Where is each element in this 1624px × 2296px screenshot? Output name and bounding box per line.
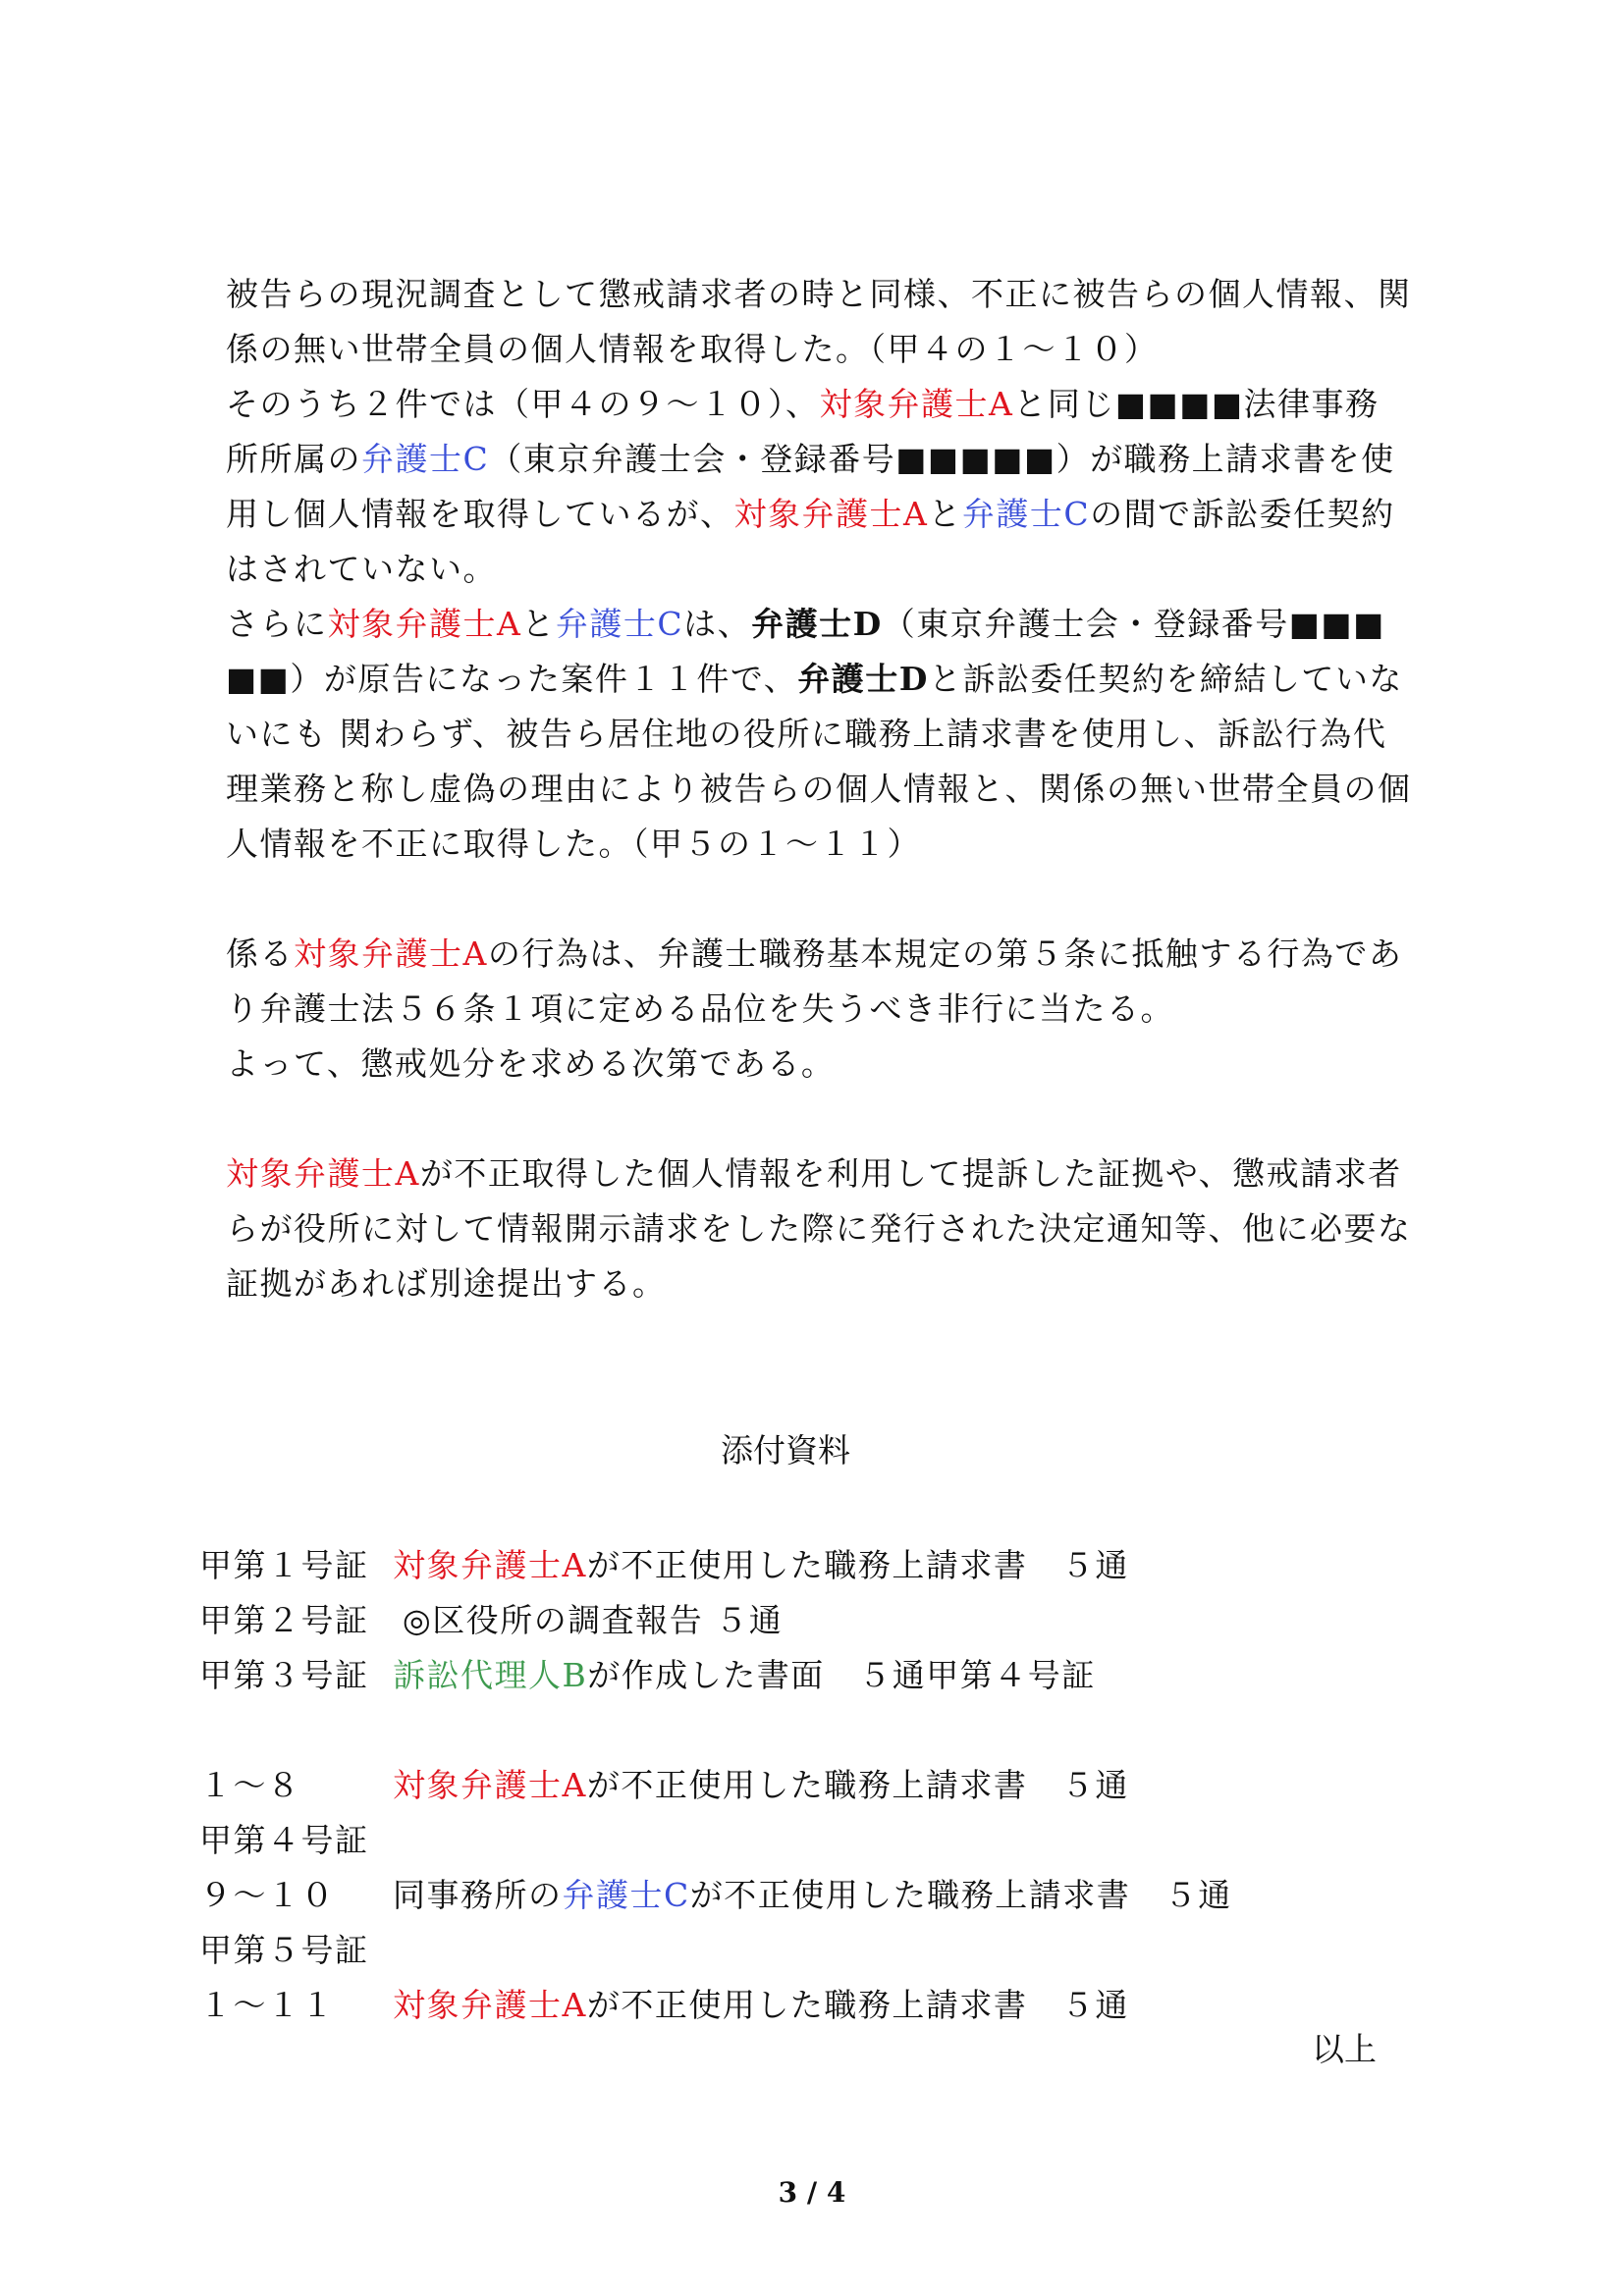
document-page: 被告らの現況調査として懲戒請求者の時と同様、不正に被告らの個人情報、関係の無い世… (0, 0, 1624, 2296)
paragraph-3-line: らが役所に対して情報開示請求をした際に発行された決定通知等、他に必要な (226, 1209, 1412, 1249)
paragraph-1-line: 人情報を不正に取得した。（甲５の１～１１） (226, 825, 921, 864)
text-segment: 被告らの現況調査として懲戒請求者の時と同様、不正に被告らの個人情報、関 (226, 275, 1412, 313)
paragraph-3-line: 対象弁護士Aが不正取得した個人情報を利用して提訴した証拠や、懲戒請求者 (226, 1154, 1402, 1194)
highlighted-name: 対象弁護士A (393, 1766, 587, 1804)
highlighted-name: 弁護士C (556, 605, 683, 643)
text-segment: が不正使用した職務上請求書 ５通 (690, 1876, 1232, 1914)
text-segment: ■■）が原告になった案件１１件で、 (226, 660, 797, 698)
paragraph-1-line: そのうち２件では（甲４の９～１０）、対象弁護士Aと同じ■■■■法律事務 (226, 385, 1380, 424)
paragraph-3-line: 証拠があれば別途提出する。 (226, 1264, 667, 1304)
highlighted-name: 対象弁護士A (393, 1546, 587, 1584)
text-segment: よって、懲戒処分を求める次第である。 (226, 1044, 835, 1083)
paragraph-1-line: 所所属の弁護士C（東京弁護士会・登録番号■■■■■）が職務上請求書を使 (226, 440, 1395, 479)
text-segment: が不正取得した個人情報を利用して提訴した証拠や、懲戒請求者 (420, 1154, 1402, 1193)
highlighted-name: 弁護士D (797, 660, 929, 698)
text-segment: はされていない。 (226, 550, 497, 588)
attachments-title: 添付資料 (0, 1431, 1624, 1470)
paragraph-1-line: 被告らの現況調査として懲戒請求者の時と同様、不正に被告らの個人情報、関 (226, 275, 1412, 314)
highlighted-name: 対象弁護士A (820, 385, 1014, 423)
text-segment: ◎区役所の調査報告 ５通 (403, 1601, 783, 1639)
text-segment: が不正使用した職務上請求書 ５通 (587, 1986, 1129, 2024)
highlighted-name: 対象弁護士A (393, 1986, 587, 2024)
text-segment: が不正使用した職務上請求書 ５通 (587, 1766, 1129, 1804)
text-segment: 理業務と称し虚偽の理由により被告らの個人情報と、関係の無い世帯全員の個 (226, 770, 1412, 808)
text-segment: と (928, 495, 962, 533)
attachment-label: 甲第２号証 (199, 1601, 369, 1640)
paragraph-1-line: 係の無い世帯全員の個人情報を取得した。（甲４の１～１０） (226, 330, 1159, 369)
text-segment: と同じ■■■■法律事務 (1013, 385, 1379, 423)
attachment-label: １～８ (199, 1766, 301, 1805)
text-segment: 証拠があれば別途提出する。 (226, 1264, 667, 1303)
text-segment: が不正使用した職務上請求書 ５通 (587, 1546, 1129, 1584)
text-segment: （東京弁護士会・登録番号■■■ (883, 605, 1385, 643)
highlighted-name: 対象弁護士A (328, 605, 522, 643)
text-segment: は、 (683, 605, 751, 643)
highlighted-name: 弁護士C (361, 440, 489, 478)
text-segment: と訴訟委任契約を締結していな (929, 660, 1403, 698)
highlighted-name: 対象弁護士A (294, 934, 488, 973)
paragraph-1-line: さらに対象弁護士Aと弁護士Cは、弁護士D（東京弁護士会・登録番号■■■ (226, 605, 1385, 644)
text-segment: さらに (226, 605, 328, 643)
text-segment: 用し個人情報を取得しているが、 (226, 495, 734, 533)
attachment-description: 対象弁護士Aが不正使用した職務上請求書 ５通 (393, 1986, 1129, 2025)
paragraph-2-line: よって、懲戒処分を求める次第である。 (226, 1044, 835, 1084)
attachment-description: 対象弁護士Aが不正使用した職務上請求書 ５通 (393, 1766, 1129, 1805)
highlighted-name: 弁護士D (751, 605, 883, 643)
page-number: 3 / 4 (0, 2177, 1624, 2209)
text-segment: 係の無い世帯全員の個人情報を取得した。（甲４の１～１０） (226, 330, 1159, 368)
attachment-label: 甲第４号証 (199, 1821, 369, 1860)
paragraph-2-line: り弁護士法５６条１項に定める品位を失うべき非行に当たる。 (226, 989, 1174, 1029)
paragraph-1-line: いにも 関わらず、被告ら居住地の役所に職務上請求書を使用し、訴訟行為代 (226, 715, 1386, 754)
text-segment: 同事務所の (393, 1876, 563, 1914)
closing-text: 以上 (1312, 2030, 1377, 2069)
text-segment: の行為は、弁護士職務基本規定の第５条に抵触する行為であ (488, 934, 1403, 973)
paragraph-1-line: はされていない。 (226, 550, 497, 589)
text-segment: り弁護士法５６条１項に定める品位を失うべき非行に当たる。 (226, 989, 1174, 1028)
highlighted-name: 弁護士C (962, 495, 1090, 533)
text-segment: （東京弁護士会・登録番号■■■■■）が職務上請求書を使 (489, 440, 1394, 478)
highlighted-name: 対象弁護士A (734, 495, 929, 533)
text-segment: の間で訴訟委任契約 (1090, 495, 1395, 533)
highlighted-name: 弁護士C (563, 1876, 690, 1914)
attachment-label: 甲第３号証 (199, 1656, 369, 1695)
text-segment: と (521, 605, 556, 643)
text-segment: らが役所に対して情報開示請求をした際に発行された決定通知等、他に必要な (226, 1209, 1412, 1248)
attachment-description: 同事務所の弁護士Cが不正使用した職務上請求書 ５通 (393, 1876, 1232, 1915)
text-segment: 人情報を不正に取得した。（甲５の１～１１） (226, 825, 921, 863)
highlighted-name: 訴訟代理人B (393, 1656, 587, 1694)
text-segment: 所所属の (226, 440, 361, 478)
attachments-title-text: 添付資料 (721, 1431, 850, 1469)
attachment-label: 甲第１号証 (199, 1546, 369, 1585)
text-segment: が作成した書面 ５通甲第４号証 (587, 1656, 1096, 1694)
paragraph-1-line: 理業務と称し虚偽の理由により被告らの個人情報と、関係の無い世帯全員の個 (226, 770, 1412, 809)
attachment-label: 甲第５号証 (199, 1931, 369, 1970)
attachment-description: 対象弁護士Aが不正使用した職務上請求書 ５通 (393, 1546, 1129, 1585)
attachment-label: １～１１ (199, 1986, 335, 2025)
text-segment: そのうち２件では（甲４の９～１０）、 (226, 385, 820, 423)
text-segment: いにも 関わらず、被告ら居住地の役所に職務上請求書を使用し、訴訟行為代 (226, 715, 1386, 753)
paragraph-2-line: 係る対象弁護士Aの行為は、弁護士職務基本規定の第５条に抵触する行為であ (226, 934, 1402, 974)
attachment-description: 訴訟代理人Bが作成した書面 ５通甲第４号証 (393, 1656, 1096, 1695)
highlighted-name: 対象弁護士A (226, 1154, 420, 1193)
paragraph-1-line: 用し個人情報を取得しているが、対象弁護士Aと弁護士Cの間で訴訟委任契約 (226, 495, 1395, 534)
attachment-description: ◎区役所の調査報告 ５通 (403, 1601, 783, 1640)
attachment-label: ９～１０ (199, 1876, 335, 1915)
paragraph-1-line: ■■）が原告になった案件１１件で、弁護士Dと訴訟委任契約を締結していな (226, 660, 1403, 699)
text-segment: 係る (226, 934, 294, 973)
